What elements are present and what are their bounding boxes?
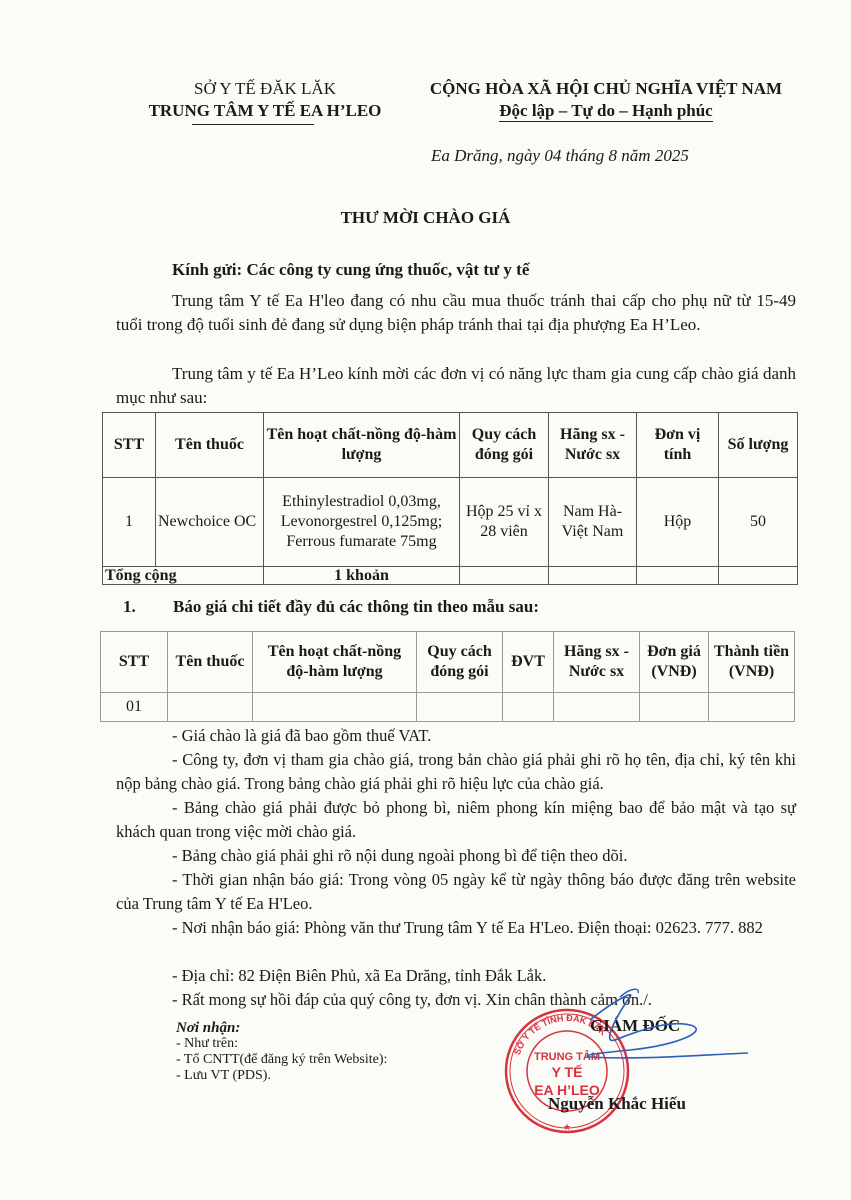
national-motto: Độc lập – Tự do – Hạnh phúc xyxy=(499,101,712,122)
note-text: - Bảng chào giá phải ghi rõ nội dung ngo… xyxy=(172,846,628,865)
note-text: - Công ty, đơn vị tham gia chào giá, tro… xyxy=(116,750,796,793)
note-text: - Giá chào là giá đã bao gồm thuế VAT. xyxy=(172,726,431,745)
invite-paragraph: Trung tâm y tế Ea H’Leo kính mời các đơn… xyxy=(116,362,796,410)
nation-name: CỘNG HÒA XÃ HỘI CHỦ NGHĨA VIỆT NAM xyxy=(396,78,816,100)
cell-drug-name xyxy=(168,693,253,722)
national-header: CỘNG HÒA XÃ HỘI CHỦ NGHĨA VIỆT NAM Độc l… xyxy=(396,78,816,122)
intro-paragraph: Trung tâm Y tế Ea H'leo đang có nhu cầu … xyxy=(116,289,796,337)
total-value: 1 khoản xyxy=(264,567,460,585)
cell-unit-price xyxy=(640,693,709,722)
total-label: Tổng cộng xyxy=(103,567,264,585)
recipients-label: Nơi nhận: xyxy=(176,1020,387,1036)
empty-cell xyxy=(460,567,549,585)
cell-manufacturer: Nam Hà-Việt Nam xyxy=(549,478,637,567)
table-header-row: STT Tên thuốc Tên hoạt chất-nồng độ-hàm … xyxy=(103,413,798,478)
svg-text:★: ★ xyxy=(563,1122,571,1132)
empty-cell xyxy=(719,567,798,585)
document-title: THƯ MỜI CHÀO GIÁ xyxy=(0,208,851,228)
org-underline xyxy=(192,124,314,125)
cell-active-ingredient xyxy=(253,693,417,722)
handwritten-signature-icon xyxy=(520,985,750,1085)
col-packaging: Quy cách đóng gói xyxy=(417,632,503,693)
note-text: - Thời gian nhận báo giá: Trong vòng 05 … xyxy=(116,870,796,913)
empty-cell xyxy=(549,567,637,585)
col-packaging: Quy cách đóng gói xyxy=(460,413,549,478)
document-date: Ea Drăng, ngày 04 tháng 8 năm 2025 xyxy=(431,146,689,166)
cell-packaging xyxy=(417,693,503,722)
table-row: 01 xyxy=(101,693,795,722)
greeting: Kính gửi: Các công ty cung ứng thuốc, vậ… xyxy=(172,260,529,280)
recipient-item: - Như trên: xyxy=(176,1036,387,1052)
note-envelope-content: - Bảng chào giá phải ghi rõ nội dung ngo… xyxy=(116,844,796,868)
col-unit: ĐVT xyxy=(503,632,554,693)
col-stt: STT xyxy=(103,413,156,478)
col-drug-name: Tên thuốc xyxy=(168,632,253,693)
note-text: - Nơi nhận báo giá: Phòng văn thư Trung … xyxy=(172,918,763,937)
col-manufacturer: Hãng sx - Nước sx xyxy=(549,413,637,478)
col-unit: Đơn vị tính xyxy=(637,413,719,478)
section-heading: 1.Báo giá chi tiết đầy đủ các thông tin … xyxy=(123,597,539,617)
recipient-item: - Lưu VT (PDS). xyxy=(176,1068,387,1084)
col-stt: STT xyxy=(101,632,168,693)
col-amount: Thành tiền (VNĐ) xyxy=(709,632,795,693)
signatory-name: Nguyễn Khắc Hiếu xyxy=(548,1094,686,1114)
note-company-info: - Công ty, đơn vị tham gia chào giá, tro… xyxy=(116,748,796,796)
cell-packaging: Hộp 25 vỉ x 28 viên xyxy=(460,478,549,567)
cell-stt: 1 xyxy=(103,478,156,567)
note-deadline: - Thời gian nhận báo giá: Trong vòng 05 … xyxy=(116,868,796,916)
empty-cell xyxy=(637,567,719,585)
cell-unit xyxy=(503,693,554,722)
note-text: - Địa chỉ: 82 Điện Biên Phủ, xã Ea Drăng… xyxy=(172,966,546,985)
table-row: 1 Newchoice OC Ethinylestradiol 0,03mg, … xyxy=(103,478,798,567)
section-title: Báo giá chi tiết đầy đủ các thông tin th… xyxy=(173,597,539,616)
total-row: Tổng cộng 1 khoản xyxy=(103,567,798,585)
cell-stt: 01 xyxy=(101,693,168,722)
intro-text: Trung tâm Y tế Ea H'leo đang có nhu cầu … xyxy=(116,291,796,334)
quote-template-table: STT Tên thuốc Tên hoạt chất-nồng độ-hàm … xyxy=(100,631,795,722)
col-active-ingredient: Tên hoạt chất-nồng độ-hàm lượng xyxy=(264,413,460,478)
medicine-list-table: STT Tên thuốc Tên hoạt chất-nồng độ-hàm … xyxy=(102,412,798,585)
issuing-organization: SỞ Y TẾ ĐĂK LĂK TRUNG TÂM Y TẾ EA H’LEO xyxy=(120,78,410,122)
col-manufacturer: Hãng sx - Nước sx xyxy=(554,632,640,693)
note-vat: - Giá chào là giá đã bao gồm thuế VAT. xyxy=(116,724,796,748)
col-quantity: Số lượng xyxy=(719,413,798,478)
note-text: - Bảng chào giá phải được bỏ phong bì, n… xyxy=(116,798,796,841)
invite-text: Trung tâm y tế Ea H’Leo kính mời các đơn… xyxy=(116,364,796,407)
cell-amount xyxy=(709,693,795,722)
recipient-item: - Tổ CNTT(để đăng ký trên Website): xyxy=(176,1052,387,1068)
note-receiving-place: - Nơi nhận báo giá: Phòng văn thư Trung … xyxy=(116,916,796,940)
cell-active-ingredient: Ethinylestradiol 0,03mg, Levonorgestrel … xyxy=(264,478,460,567)
cell-manufacturer xyxy=(554,693,640,722)
table-header-row: STT Tên thuốc Tên hoạt chất-nồng độ-hàm … xyxy=(101,632,795,693)
cell-unit: Hộp xyxy=(637,478,719,567)
org-name: TRUNG TÂM Y TẾ EA H’LEO xyxy=(120,100,410,122)
col-unit-price: Đơn giá (VNĐ) xyxy=(640,632,709,693)
note-sealed-envelope: - Bảng chào giá phải được bỏ phong bì, n… xyxy=(116,796,796,844)
org-parent: SỞ Y TẾ ĐĂK LĂK xyxy=(120,78,410,100)
section-number: 1. xyxy=(123,597,173,617)
cell-quantity: 50 xyxy=(719,478,798,567)
col-drug-name: Tên thuốc xyxy=(156,413,264,478)
cell-drug-name: Newchoice OC xyxy=(156,478,264,567)
col-active-ingredient: Tên hoạt chất-nồng độ-hàm lượng xyxy=(253,632,417,693)
recipients-block: Nơi nhận: - Như trên: - Tổ CNTT(để đăng … xyxy=(176,1020,387,1084)
